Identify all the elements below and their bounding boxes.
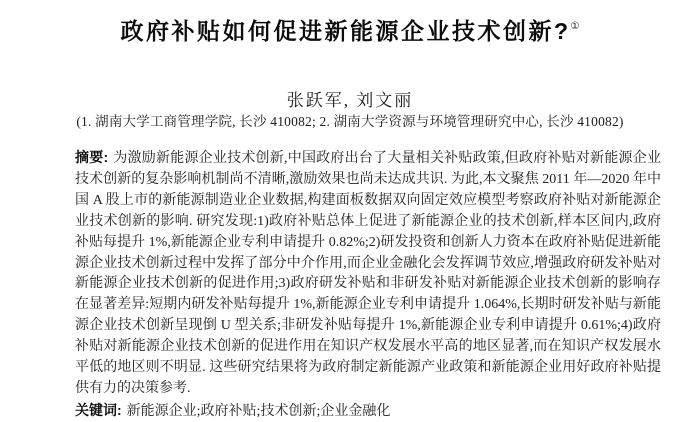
affiliation-line: (1. 湖南大学工商管理学院, 长沙 410082; 2. 湖南大学资源与环境管…	[0, 110, 700, 130]
abstract-text: 为激励新能源企业技术创新,中国政府出台了大量相关补贴政策,但政府补贴对新能源企业…	[75, 151, 661, 396]
keywords-label: 关键词:	[75, 402, 122, 418]
keywords-text: 新能源企业;政府补贴;技术创新;企业金融化	[127, 404, 391, 419]
abstract-paragraph: 摘要:为激励新能源企业技术创新,中国政府出台了大量相关补贴政策,但政府补贴对新能…	[75, 147, 661, 400]
paper-title: 政府补贴如何促进新能源企业技术创新?①	[0, 13, 700, 46]
title-footnote-marker: ①	[571, 21, 580, 32]
authors-line: 张跃军, 刘文丽	[0, 86, 700, 111]
paper-page: 政府补贴如何促进新能源企业技术创新?① 张跃军, 刘文丽 (1. 湖南大学工商管…	[0, 0, 700, 422]
keywords-line: 关键词:新能源企业;政府补贴;技术创新;企业金融化	[75, 400, 661, 422]
paper-title-text: 政府补贴如何促进新能源企业技术创新?	[120, 18, 570, 44]
abstract-block: 摘要:为激励新能源企业技术创新,中国政府出台了大量相关补贴政策,但政府补贴对新能…	[75, 147, 661, 422]
abstract-label: 摘要:	[75, 149, 108, 165]
